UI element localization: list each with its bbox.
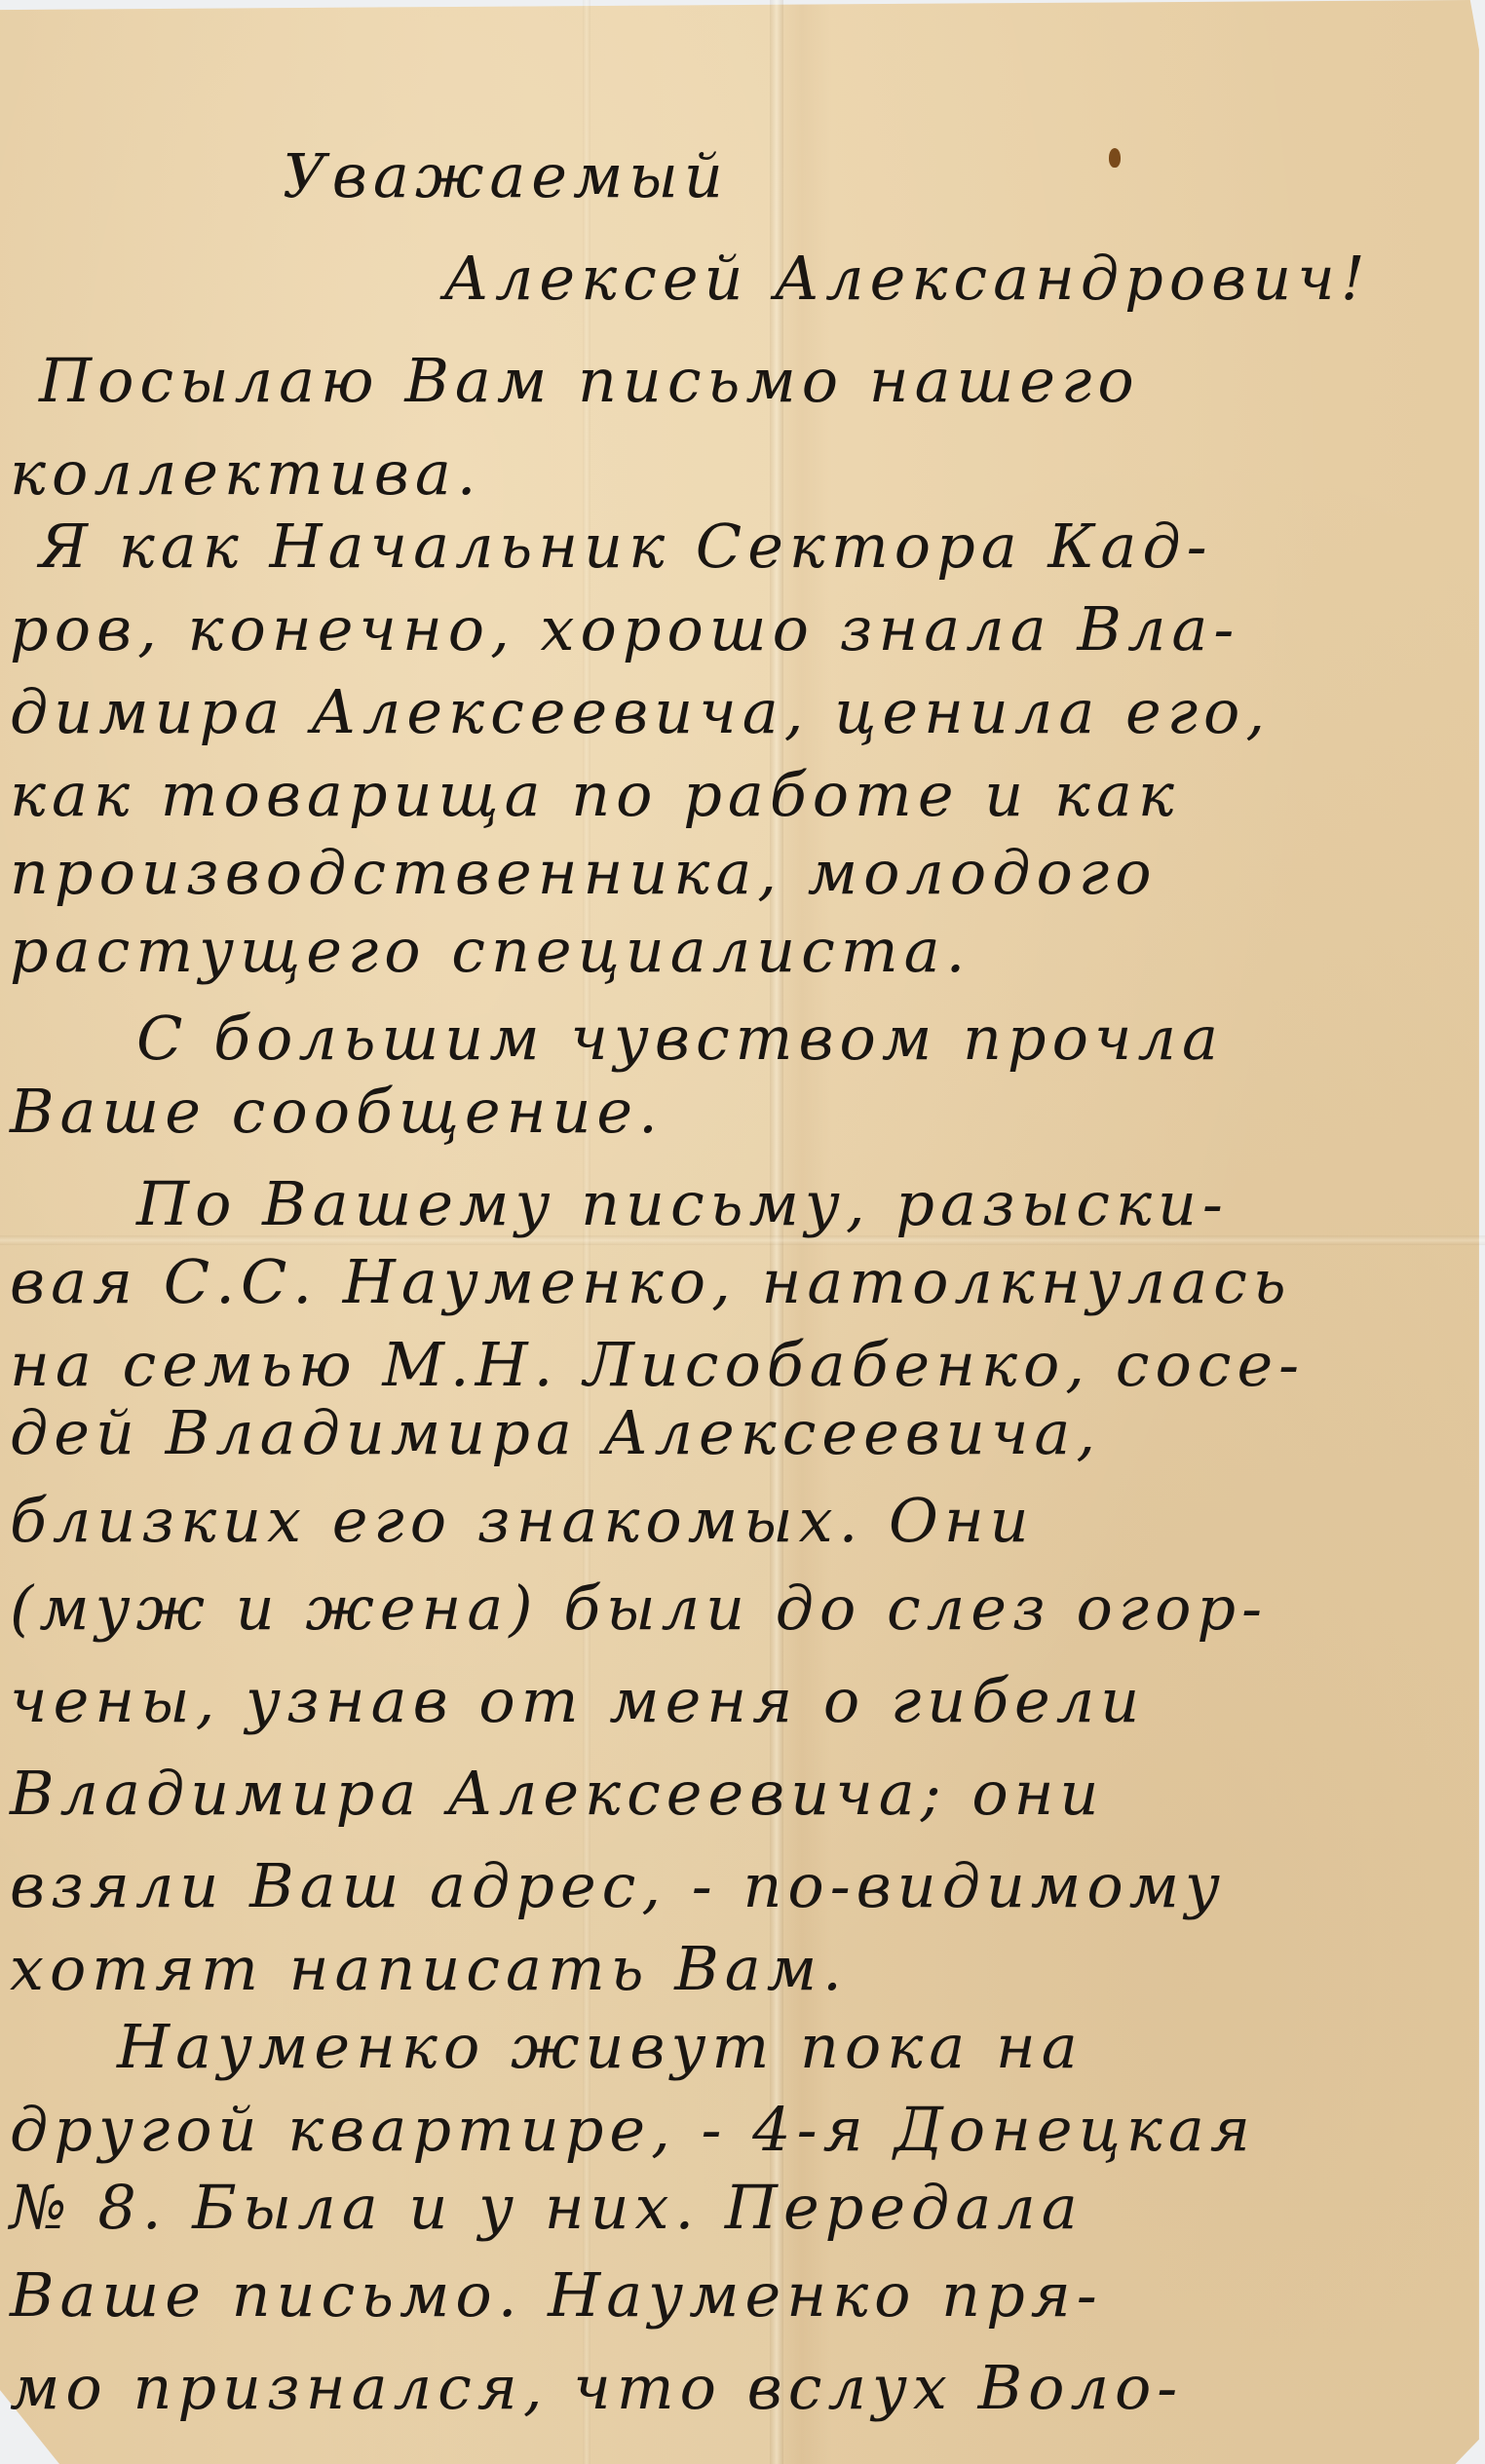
letter-line: Владимира Алексеевича; они (10, 1763, 1104, 1824)
letter-line: коллектива. (10, 443, 482, 504)
letter-line: производственника, молодого (10, 843, 1158, 903)
letter-line: Ваше сообщение. (10, 1081, 664, 1142)
letter-line: С большим чувством прочла (136, 1008, 1224, 1069)
letter-line: дей Владимира Алексеевича, (10, 1403, 1101, 1463)
letter-line: вая С.С. Науменко, натолкнулась (10, 1252, 1292, 1312)
letter-line: ров, конечно, хорошо знала Вла- (10, 599, 1239, 660)
letter-line: чены, узнав от меня о гибели (10, 1671, 1145, 1731)
salutation-line-1: Уважаемый (283, 146, 729, 207)
salutation-line-2: Алексей Александрович! (443, 248, 1371, 309)
letter-line: димира Алексеевича, ценила его, (10, 682, 1271, 742)
letter-line: № 8. Была и у них. Передала (10, 2178, 1084, 2238)
letter-line: Я как Начальник Сектора Кад- (39, 516, 1213, 577)
letter-line: Ваше письмо. Науменко пря- (10, 2265, 1103, 2326)
letter-line: Науменко живут пока на (117, 2017, 1084, 2077)
letter-line: Посылаю Вам письмо нашего (39, 351, 1140, 411)
letter-line: (муж и жена) были до слез огор- (10, 1578, 1268, 1639)
letter-body: Уважаемый Алексей Александрович! Посылаю… (0, 0, 1485, 2464)
letter-line: хотят написать Вам. (10, 1939, 848, 1999)
letter-line: растущего специалиста. (10, 921, 971, 981)
letter-line: близких его знакомых. Они (10, 1491, 1035, 1551)
letter-line: другой квартире, - 4-я Донецкая (10, 2100, 1256, 2160)
letter-line: как товарища по работе и как (10, 765, 1180, 825)
letter-line: мо признался, что вслух Воло- (10, 2358, 1183, 2418)
letter-line: взяли Ваш адрес, - по-видимому (10, 1856, 1226, 1916)
letter-line: на семью М.Н. Лисобабенко, сосе- (10, 1335, 1305, 1395)
letter-line: По Вашему письму, разыски- (136, 1174, 1229, 1234)
